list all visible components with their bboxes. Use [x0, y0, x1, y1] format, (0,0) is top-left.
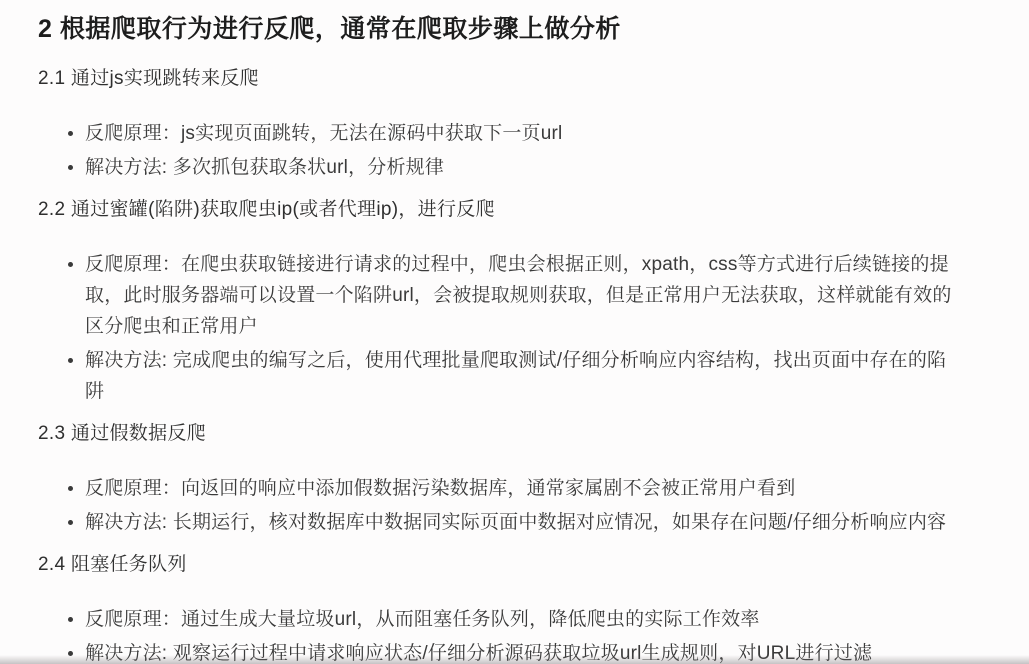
- bullet-list-2-3: 反爬原理：向返回的响应中添加假数据污染数据库，通常家属剧不会被正常用户看到 解决…: [38, 473, 965, 538]
- bullet-icon: [68, 617, 73, 622]
- section-heading-2-4: 2.4 阻塞任务队列: [38, 552, 969, 578]
- list-item-text: 反爬原理：在爬虫获取链接进行请求的过程中，爬虫会根据正则，xpath，css等方…: [85, 254, 952, 337]
- bullet-list-2-2: 反爬原理：在爬虫获取链接进行请求的过程中，爬虫会根据正则，xpath，css等方…: [38, 249, 965, 407]
- list-item: 解决方法: 长期运行，核对数据库中数据同实际页面中数据对应情况，如果存在问题/仔…: [85, 507, 965, 538]
- bullet-icon: [68, 520, 73, 525]
- page-title: 2 根据爬取行为进行反爬，通常在爬取步骤上做分析: [38, 12, 969, 46]
- list-item-text: 解决方法: 完成爬虫的编写之后，使用代理批量爬取测试/仔细分析响应内容结构，找出…: [85, 350, 946, 402]
- bullet-list-2-4: 反爬原理：通过生成大量垃圾url，从而阻塞任务队列，降低爬虫的实际工作效率 解决…: [38, 604, 965, 664]
- list-item: 反爬原理：js实现页面跳转，无法在源码中获取下一页url: [85, 118, 965, 149]
- section-heading-2-2: 2.2 通过蜜罐(陷阱)获取爬虫ip(或者代理ip)，进行反爬: [38, 197, 969, 223]
- list-item: 解决方法: 多次抓包获取条状url，分析规律: [85, 152, 965, 183]
- section-heading-2-3: 2.3 通过假数据反爬: [38, 421, 969, 447]
- bullet-icon: [68, 651, 73, 656]
- bullet-list-2-1: 反爬原理：js实现页面跳转，无法在源码中获取下一页url 解决方法: 多次抓包获…: [38, 118, 965, 183]
- list-item: 反爬原理：通过生成大量垃圾url，从而阻塞任务队列，降低爬虫的实际工作效率: [85, 604, 965, 635]
- list-item-text: 解决方法: 长期运行，核对数据库中数据同实际页面中数据对应情况，如果存在问题/仔…: [85, 512, 946, 533]
- list-item: 反爬原理：向返回的响应中添加假数据污染数据库，通常家属剧不会被正常用户看到: [85, 473, 965, 504]
- section-heading-2-1: 2.1 通过js实现跳转来反爬: [38, 66, 969, 92]
- list-item-text: 解决方法: 观察运行过程中请求响应状态/仔细分析源码获取垃圾url生成规则，对U…: [85, 643, 872, 664]
- bullet-icon: [68, 262, 73, 267]
- bullet-icon: [68, 131, 73, 136]
- list-item: 解决方法: 观察运行过程中请求响应状态/仔细分析源码获取垃圾url生成规则，对U…: [85, 638, 965, 664]
- bullet-icon: [68, 486, 73, 491]
- list-item-text: 反爬原理：js实现页面跳转，无法在源码中获取下一页url: [85, 123, 562, 144]
- bullet-icon: [68, 358, 73, 363]
- list-item-text: 解决方法: 多次抓包获取条状url，分析规律: [85, 157, 444, 178]
- list-item: 反爬原理：在爬虫获取链接进行请求的过程中，爬虫会根据正则，xpath，css等方…: [85, 249, 965, 342]
- list-item: 解决方法: 完成爬虫的编写之后，使用代理批量爬取测试/仔细分析响应内容结构，找出…: [85, 345, 965, 407]
- list-item-text: 反爬原理：向返回的响应中添加假数据污染数据库，通常家属剧不会被正常用户看到: [85, 478, 795, 499]
- document-page: 2 根据爬取行为进行反爬，通常在爬取步骤上做分析 2.1 通过js实现跳转来反爬…: [0, 0, 1029, 664]
- bullet-icon: [68, 165, 73, 170]
- list-item-text: 反爬原理：通过生成大量垃圾url，从而阻塞任务队列，降低爬虫的实际工作效率: [85, 609, 760, 630]
